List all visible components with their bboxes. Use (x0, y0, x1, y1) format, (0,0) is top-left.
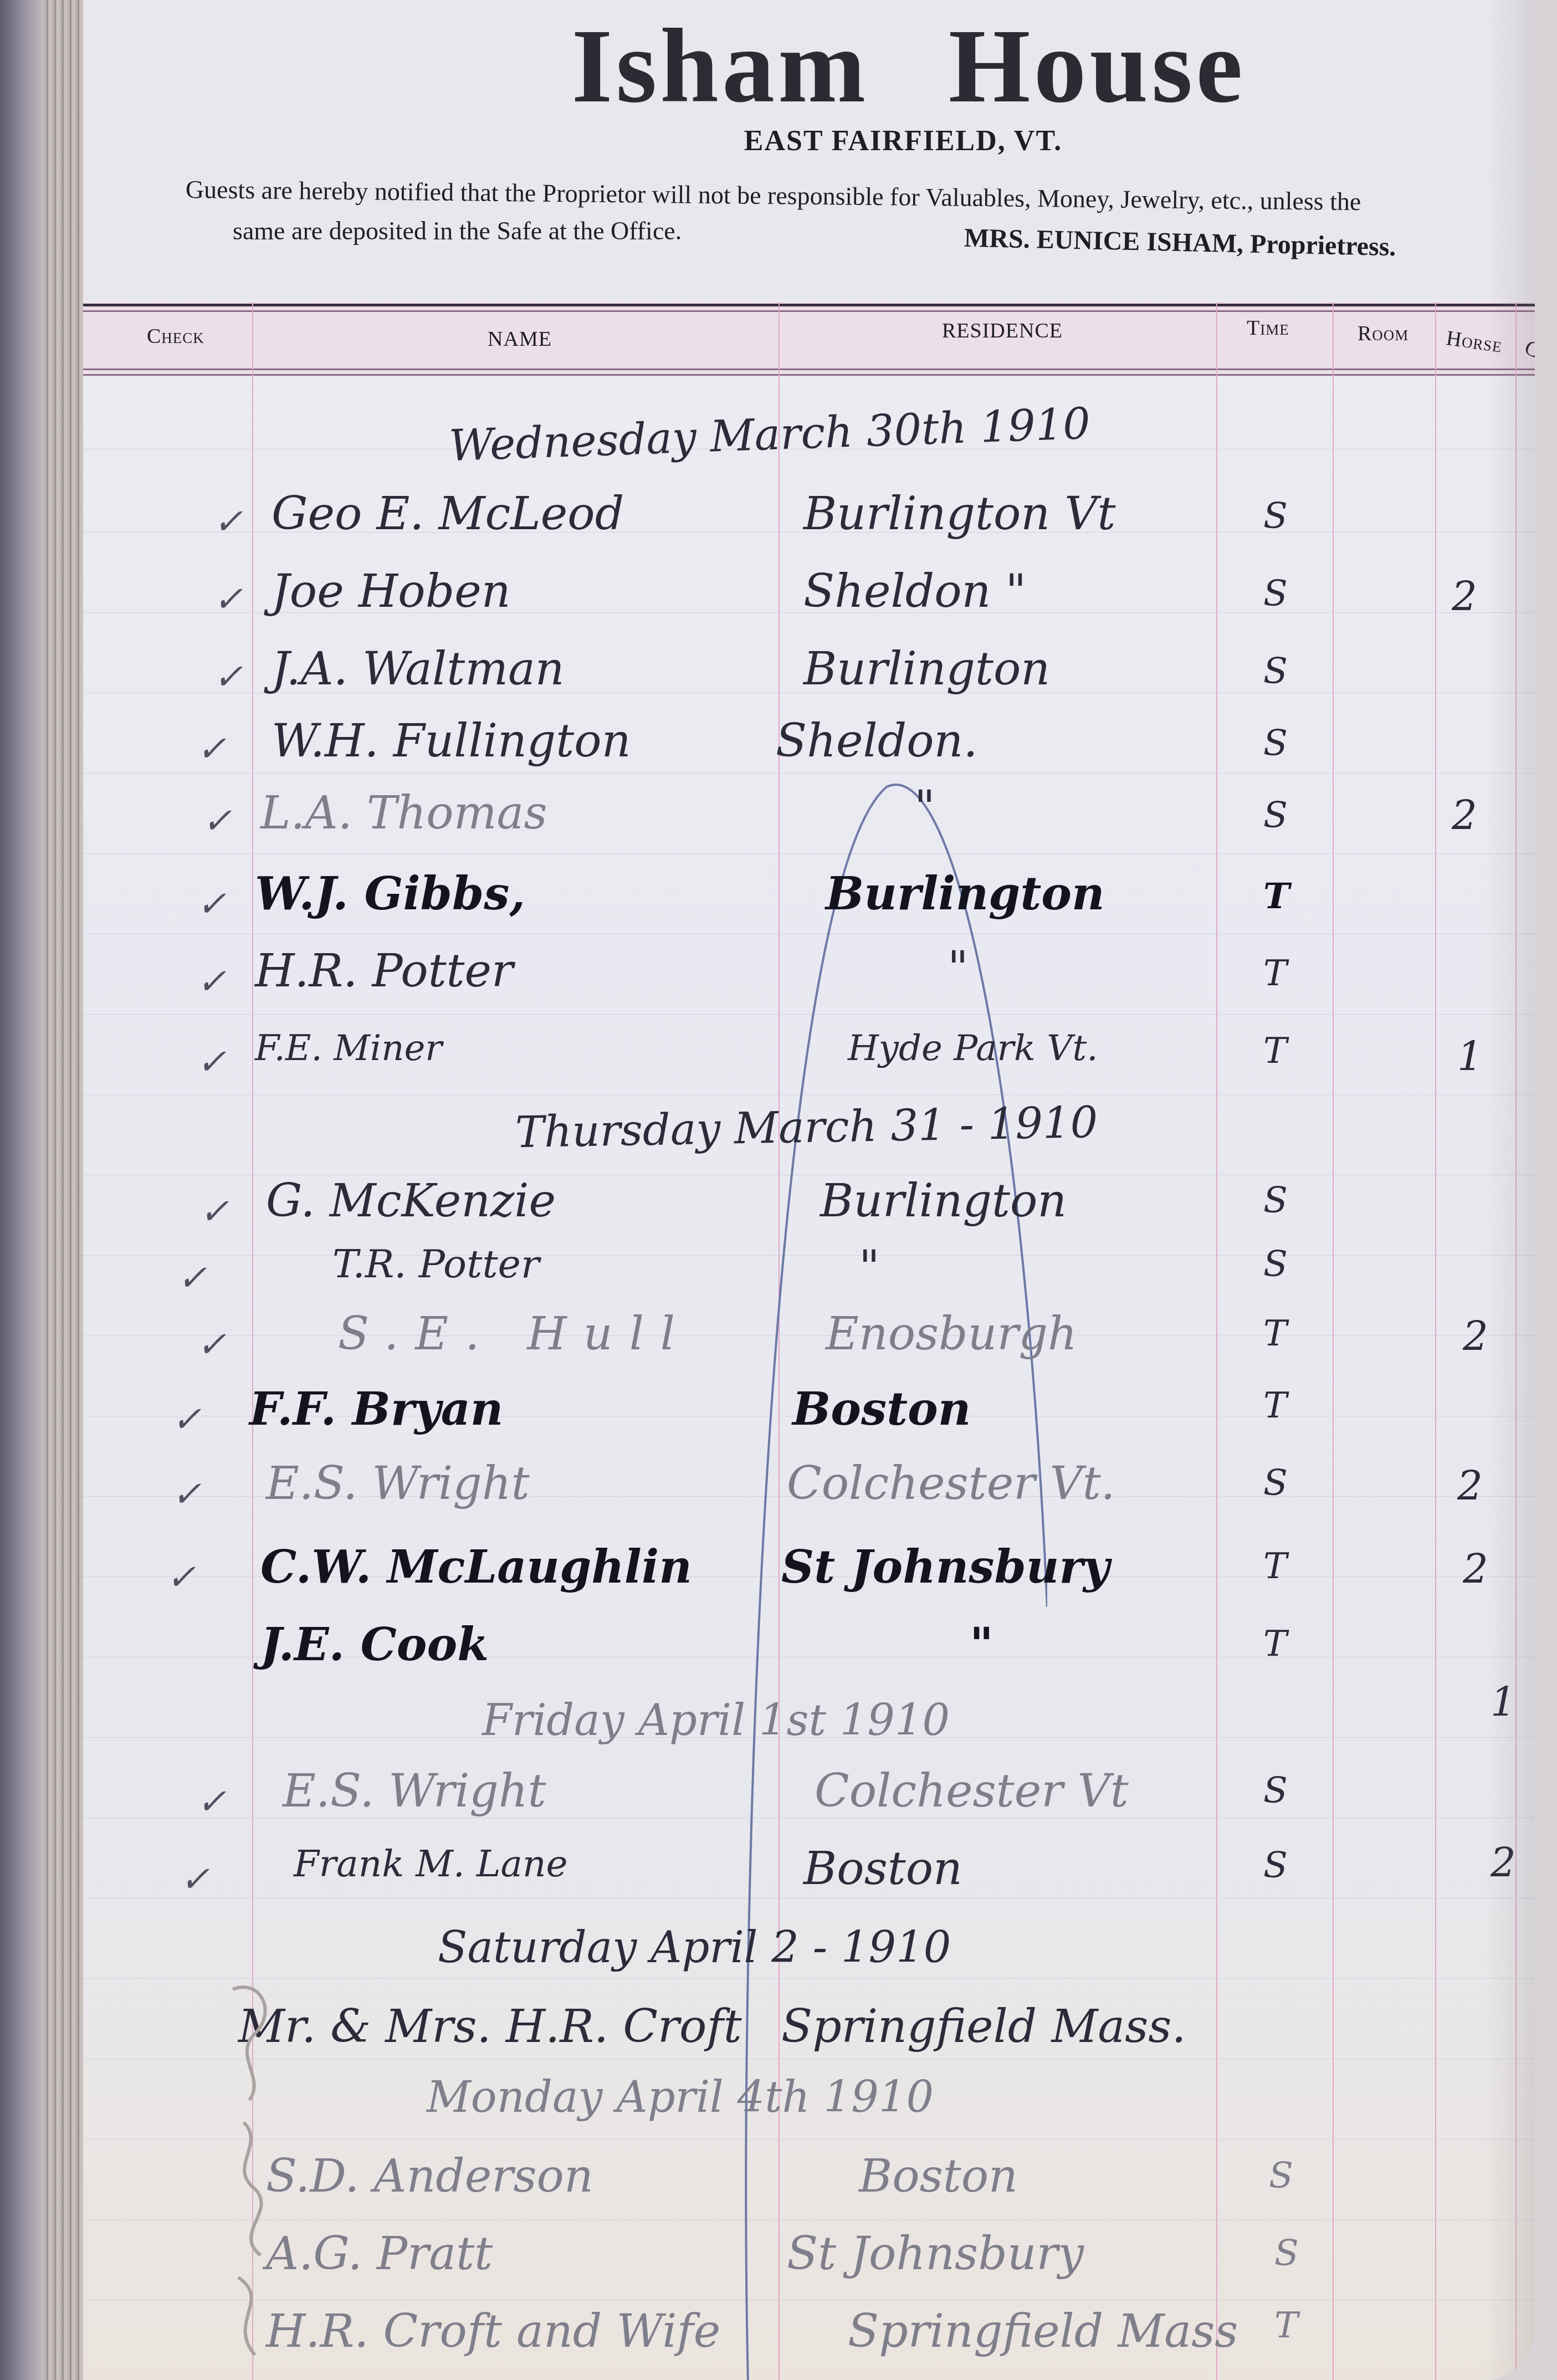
guest-residence: Burlington (803, 643, 1050, 695)
check-mark: ✓ (166, 1557, 196, 1598)
guest-name: J.A. Waltman (272, 643, 565, 695)
ruled-line (83, 2219, 1535, 2220)
time-mark: S (1274, 2233, 1299, 2274)
check-mark: ✓ (213, 579, 243, 620)
guest-name: W.H. Fullington (272, 715, 631, 767)
guest-name: S.E. Hull (338, 1308, 692, 1360)
ruled-line (83, 1898, 1535, 1898)
horse-count: 2 (1463, 1313, 1488, 1360)
check-mark: ✓ (180, 1859, 210, 1900)
guest-residence: St Johnsbury (787, 2228, 1084, 2280)
guest-residence: Burlington (820, 1175, 1067, 1227)
date-heading: Wednesday March 30th 1910 (448, 399, 1092, 471)
guest-name: Frank M. Lane (294, 1842, 567, 1885)
guest-residence: Colchester Vt. (787, 1457, 1115, 1510)
ruled-line (83, 1818, 1535, 1818)
check-mark: ✓ (177, 1258, 207, 1299)
ruled-line (83, 853, 1535, 854)
time-mark: S (1263, 1180, 1288, 1221)
header-rule-bottom (83, 368, 1535, 370)
col-check: Check (147, 324, 204, 349)
guest-residence: Boston (803, 1842, 962, 1895)
col-room: Room (1358, 321, 1409, 346)
guest-name: T.R. Potter (332, 1241, 539, 1287)
time-mark: T (1263, 953, 1287, 994)
guest-residence: St Johnsbury (781, 1540, 1109, 1594)
guest-residence: " (859, 1241, 880, 1294)
ruled-line (83, 1255, 1535, 1256)
check-mark: ✓ (197, 1042, 227, 1083)
time-mark: T (1263, 1624, 1287, 1665)
check-mark: ✓ (197, 961, 227, 1002)
header-rule-top-inner (83, 310, 1535, 312)
letterhead: Isham House EAST FAIRFIELD, VT. Guests a… (83, 0, 1535, 299)
header-rule-bottom-inner (83, 374, 1535, 376)
horse-count: 2 (1452, 792, 1477, 839)
guest-name: Mr. & Mrs. H.R. Croft (238, 2000, 742, 2053)
ruled-line (83, 2139, 1535, 2140)
ruled-line (83, 1094, 1535, 1095)
check-mark: ✓ (197, 1782, 227, 1823)
time-mark: T (1263, 1031, 1287, 1072)
time-mark: S (1263, 1463, 1288, 1504)
check-mark: ✓ (197, 884, 227, 925)
guest-name: F.F. Bryan (249, 1383, 504, 1436)
check-mark: ✓ (172, 1474, 202, 1515)
time-mark: S (1263, 574, 1288, 615)
check-mark: ✓ (213, 657, 243, 698)
check-mark: ✓ (197, 1324, 227, 1365)
ruled-line (83, 2059, 1535, 2059)
horse-count: 2 (1463, 1546, 1488, 1593)
guest-name: Joe Hoben (272, 565, 511, 618)
time-mark: S (1263, 795, 1288, 836)
guest-name: J.E. Cook (260, 1618, 489, 1671)
ruled-line (83, 773, 1535, 774)
time-mark: T (1263, 876, 1290, 917)
time-mark: T (1274, 2305, 1298, 2346)
hotel-location: EAST FAIRFIELD, VT. (654, 125, 1153, 157)
guest-residence: " (947, 942, 969, 995)
rule-residence-time (1216, 302, 1217, 2380)
guest-name: F.E. Miner (255, 1028, 442, 1069)
col-residence: RESIDENCE (942, 319, 1063, 343)
time-mark: S (1263, 1770, 1288, 1811)
guest-residence: Burlington (826, 867, 1105, 920)
col-name: NAME (488, 327, 552, 351)
page-curl-shadow (1485, 0, 1535, 2380)
ruled-line (83, 2300, 1535, 2300)
time-mark: T (1263, 1313, 1287, 1354)
guest-name: C.W. McLaughlin (260, 1540, 692, 1594)
liability-notice-line2: same are deposited in the Safe at the Of… (233, 216, 682, 245)
guest-residence: Boston (859, 2150, 1018, 2203)
check-mark: ✓ (199, 1191, 229, 1232)
guest-name: W.J. Gibbs, (255, 867, 525, 920)
check-mark: ✓ (213, 501, 243, 542)
guest-residence: Sheldon. (776, 715, 977, 767)
liability-notice-line1: Guests are hereby notified that the Prop… (186, 175, 1535, 218)
guest-name: E.S. Wright (266, 1457, 530, 1510)
check-mark: ✓ (172, 1399, 202, 1440)
guest-name: A.G. Pratt (266, 2228, 493, 2280)
proprietress-name: MRS. EUNICE ISHAM, Proprietress. (964, 223, 1397, 262)
rule-time-room (1333, 302, 1334, 2380)
date-heading: Saturday April 2 - 1910 (438, 1923, 951, 1973)
guest-residence: Sheldon " (803, 565, 1026, 618)
guest-name: E.S. Wright (283, 1765, 546, 1818)
guest-name: G. McKenzie (266, 1175, 556, 1227)
time-mark: S (1269, 2156, 1293, 2197)
ruled-line (83, 1014, 1535, 1015)
guest-residence: Boston (792, 1383, 971, 1436)
guest-residence: Springfield Mass (848, 2305, 1238, 2358)
header-rule-top (83, 304, 1535, 306)
guest-name: Geo E. McLeod (272, 488, 624, 540)
guest-residence: " (970, 1618, 993, 1671)
date-heading: Friday April 1st 1910 (482, 1696, 950, 1746)
horse-count: 2 (1452, 574, 1477, 620)
rule-name-residence (778, 302, 780, 2380)
horse-count: 1 (1457, 1033, 1483, 1080)
time-mark: T (1263, 1546, 1287, 1587)
time-mark: S (1263, 723, 1288, 764)
date-heading: Thursday March 31 - 1910 (515, 1098, 1098, 1158)
time-mark: T (1263, 1385, 1287, 1426)
hotel-title: Isham House (438, 11, 1380, 122)
ruled-line (83, 1335, 1535, 1336)
time-mark: S (1263, 651, 1288, 692)
date-heading: Monday April 4th 1910 (427, 2072, 934, 2122)
guest-residence: Burlington Vt (803, 488, 1115, 540)
ruled-line (83, 1978, 1535, 1979)
time-mark: S (1263, 1845, 1288, 1886)
horse-count: 2 (1457, 1463, 1483, 1509)
register-page: Isham House EAST FAIRFIELD, VT. Guests a… (83, 0, 1535, 2380)
margin-scribbles (211, 1978, 288, 2366)
check-mark: ✓ (202, 801, 232, 842)
guest-name: S.D. Anderson (266, 2150, 593, 2203)
check-mark: ✓ (197, 729, 227, 770)
rule-room-horse (1435, 302, 1436, 2380)
guest-residence: Springfield Mass. (781, 2000, 1186, 2053)
col-time: Time (1247, 316, 1289, 340)
guest-name: H.R. Croft and Wife (266, 2305, 720, 2358)
ruled-line (83, 934, 1535, 934)
guest-residence: Enosburgh (826, 1308, 1077, 1360)
page-edges (44, 0, 89, 2380)
time-mark: S (1263, 1244, 1288, 1285)
guest-name: L.A. Thomas (260, 787, 547, 840)
guest-residence: Hyde Park Vt. (848, 1028, 1098, 1069)
guest-name: H.R. Potter (255, 945, 513, 997)
guest-residence: Colchester Vt (815, 1765, 1129, 1818)
guest-residence: " (914, 781, 935, 834)
time-mark: S (1263, 496, 1288, 537)
column-header-band (83, 302, 1535, 374)
